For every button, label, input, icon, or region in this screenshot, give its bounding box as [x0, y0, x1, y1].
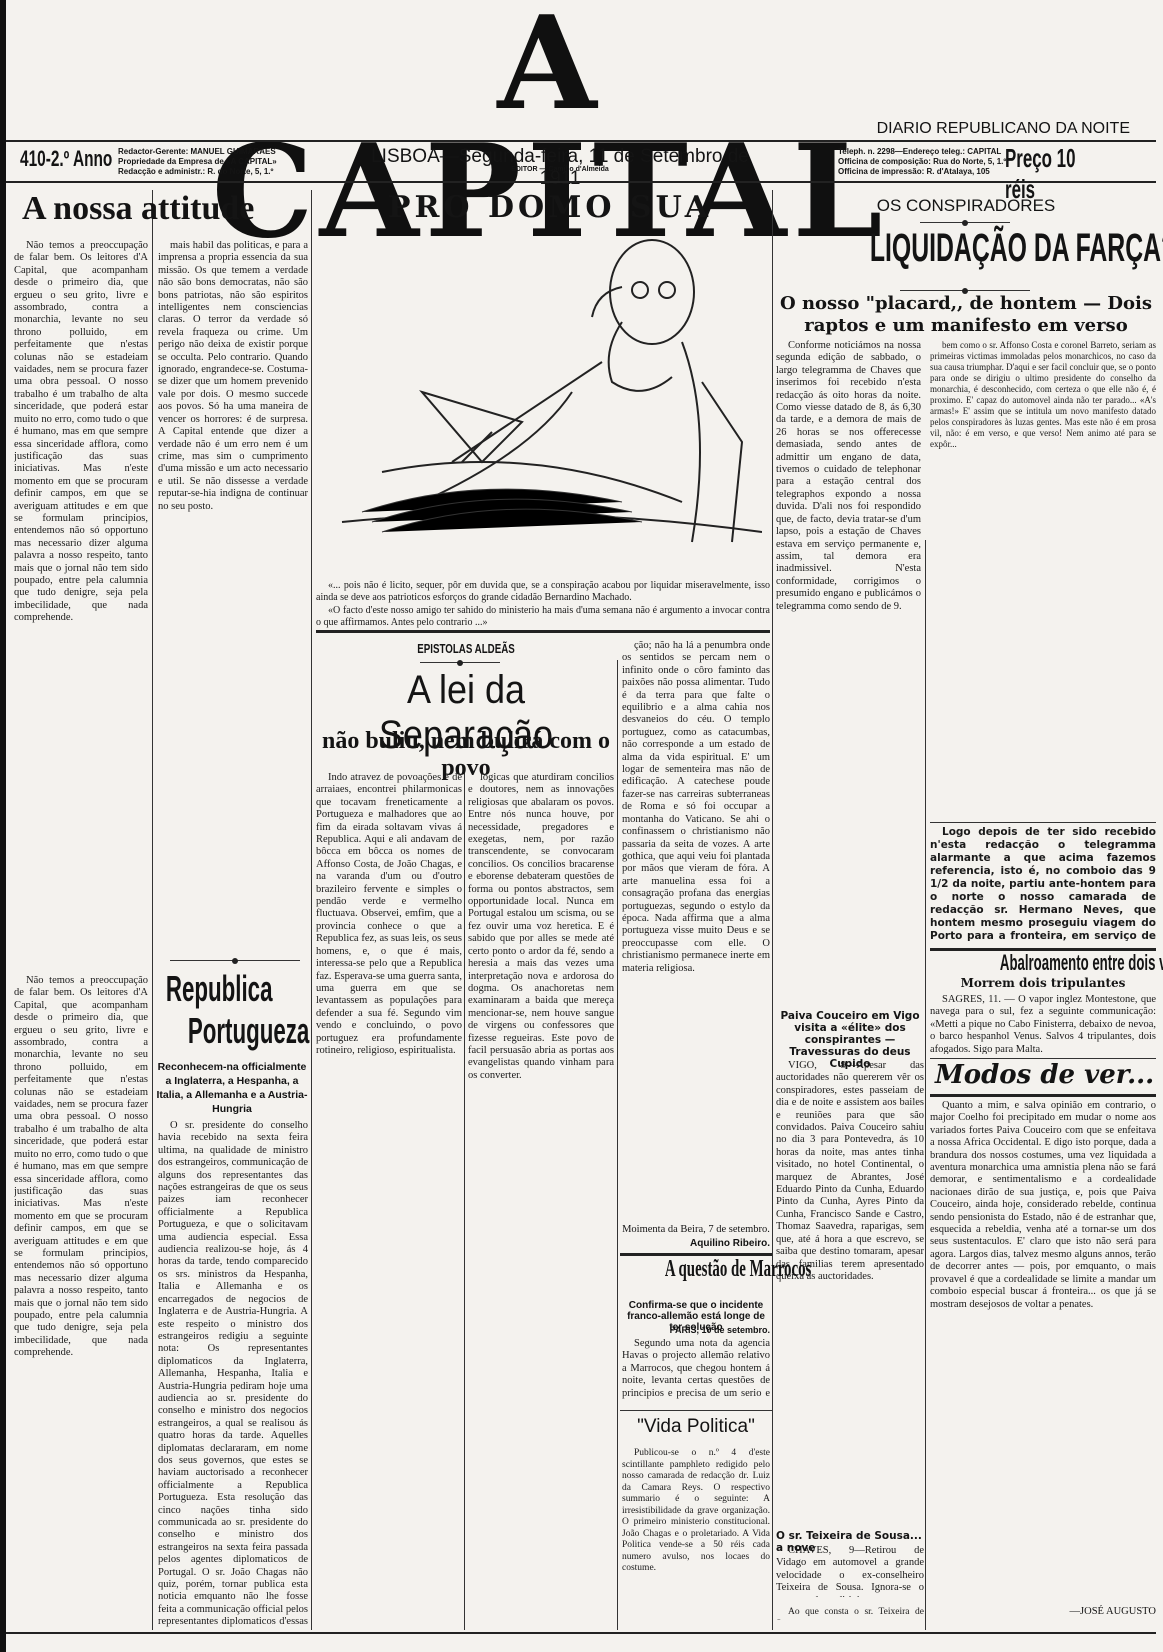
kicker-conspiradores: OS CONSPIRADORES [776, 196, 1156, 216]
subhead-republica: Reconhecem-na officialmente a Inglaterra… [156, 1060, 308, 1116]
headline-abalroamento: Abalroamento entre dois vapores [930, 950, 1156, 976]
article-attitude-col2: mais habil das politicas, e para a impre… [158, 240, 308, 860]
article-attitude-col1-cont: Não temos a preoccupação de falar bem. O… [14, 975, 148, 1630]
issue-number: 410-2.º Anno [20, 146, 112, 172]
article-conspiradores-col1: Conforme noticiámos na nossa segunda edi… [776, 340, 921, 1000]
headline-vida-politica: "Vida Politica" [622, 1416, 770, 1438]
ornament-rule [920, 222, 1010, 223]
article-text: bem como o sr. Affonso Costa e coronel B… [930, 340, 1156, 450]
contact-line: Officina de impressão: R. d'Atalaya, 105 [838, 167, 1006, 177]
column-rule [311, 190, 312, 1630]
column-rule [617, 660, 618, 1630]
headline-republica: Republica Portugueza [154, 968, 310, 1052]
column-rule [925, 540, 926, 1630]
headline-text: LIQUIDAÇÃO DA FARÇA? [870, 226, 1163, 271]
article-text: SAGRES, 11. — O vapor inglez Montestone,… [930, 994, 1156, 1054]
column-rule [464, 770, 465, 1630]
headline-line: Portugueza [188, 1010, 298, 1052]
article-text: Quanto a mim, e salva opinião em contrar… [930, 1100, 1156, 1311]
article-text: mais habil das politicas, e para a impre… [158, 240, 308, 513]
article-text: Ao que consta o sr. Teixeira de Sousa, [776, 1606, 924, 1620]
article-teixeira: CHAVES, 9—Retirou de Vidago em automovel… [776, 1545, 924, 1597]
article-modos-de-ver: Quanto a mim, e salva opinião em contrar… [930, 1100, 1156, 1605]
article-conspiradores-col2: bem como o sr. Affonso Costa e coronel B… [930, 340, 1156, 810]
article-separacao-col3: ção; não ha lá a penumbra onde os sentid… [622, 640, 770, 1220]
caption-line: «... pois não é licito, sequer, pôr em d… [316, 580, 770, 605]
article-text: ção; não ha lá a penumbra onde os sentid… [622, 640, 770, 975]
ornament-rule [420, 662, 500, 663]
ornament-rule [170, 960, 300, 961]
article-text: Indo atravez de povoações e de arraiaes,… [316, 772, 462, 1057]
article-attitude-col1: Não temos a preoccupação de falar bem. O… [14, 240, 148, 970]
contact-line: Teleph. n. 2298—Endereço teleg.: CAPITAL [838, 147, 1006, 157]
subhead-placard: O nosso "placard,, de hontem — Dois rapt… [776, 293, 1156, 337]
page-bottom-rule [6, 1632, 1156, 1634]
article-text: Não temos a preoccupação de falar bem. O… [14, 975, 148, 1360]
article-abalroamento: SAGRES, 11. — O vapor inglez Montestone,… [930, 994, 1156, 1054]
section-rule [930, 1094, 1156, 1097]
modos-signature: —JOSÉ AUGUSTO [930, 1606, 1156, 1617]
article-text: CHAVES, 9—Retirou de Vidago em automovel… [776, 1545, 924, 1597]
caption-line: «O facto d'este nosso amigo ter sahido d… [316, 605, 770, 630]
headline-attitude: A nossa attitude [22, 190, 312, 228]
article-text: logicas que aturdiram concilios e doutor… [468, 772, 614, 1082]
separacao-signature: Aquilino Ribeiro. [622, 1238, 770, 1249]
ornament-rule [900, 290, 1030, 291]
separacao-place: Moimenta da Beira, 7 de setembro. [622, 1224, 770, 1235]
kicker-epistolas: EPISTOLAS ALDEÃS [316, 640, 616, 658]
contact-line: Officina de composição: Rua do Norte, 5,… [838, 157, 1006, 167]
article-teixeira-tail: Ao que consta o sr. Teixeira de Sousa, [776, 1606, 924, 1620]
staff-line: Redactor-Gerente: MANUEL GUIMARAES [118, 147, 277, 157]
headline-pro-domo: PRO DOMO SUA [340, 190, 760, 225]
article-text: Não temos a preoccupação de falar bem. O… [14, 240, 148, 625]
headline-liquidacao: LIQUIDAÇÃO DA FARÇA? [776, 226, 1156, 271]
headline-modos-de-ver: Modos de ver... [935, 1060, 1155, 1090]
article-vida-politica: Publicou-se o n.º 4 d'este scintillante … [622, 1448, 770, 1628]
headline-line: Republica [166, 968, 276, 1010]
section-rule [930, 822, 1156, 823]
column-rule [772, 190, 773, 1630]
article-text: VIGO, 9—Apesar das auctoridades não quer… [776, 1060, 924, 1283]
column-rule [152, 190, 153, 1630]
article-paiva-couceiro: VIGO, 9—Apesar das auctoridades não quer… [776, 1060, 924, 1500]
article-republica: O sr. presidente do conselho havia receb… [158, 1120, 308, 1630]
article-text: Conforme noticiámos na nossa segunda edi… [776, 340, 921, 613]
cartoon-caption: «... pois não é licito, sequer, pôr em d… [316, 580, 770, 630]
masthead-rule-bottom [6, 181, 1156, 183]
page-edge-bar [0, 0, 10, 1652]
subhead-abalroamento: Morrem dois tripulantes [930, 976, 1156, 990]
headline-marrocos: A questão de Marrocos [620, 1256, 772, 1283]
editor-line: EDITOR — Camillo d'Almeida [470, 166, 650, 173]
article-marrocos: Segundo uma nota da agencia Havas o proj… [622, 1338, 770, 1400]
article-separacao-col1: Indo atravez de povoações e de arraiaes,… [316, 772, 462, 1652]
article-logo-depois: Logo depois de ter sido recebido n'esta … [930, 826, 1156, 944]
staff-info: Redactor-Gerente: MANUEL GUIMARAES Propr… [118, 147, 277, 177]
article-text: O sr. presidente do conselho havia receb… [158, 1120, 308, 1630]
contact-info: Teleph. n. 2298—Endereço teleg.: CAPITAL… [838, 147, 1006, 177]
section-rule [620, 1410, 772, 1411]
masthead-tagline: DIARIO REPUBLICANO DA NOITE [860, 120, 1130, 138]
masthead-rule-top [6, 140, 1156, 142]
article-text: Publicou-se o n.º 4 d'este scintillante … [622, 1448, 770, 1575]
article-text: Logo depois de ter sido recebido n'esta … [930, 826, 1156, 944]
section-rule [316, 630, 770, 633]
caricature-illustration [322, 232, 762, 552]
kicker-text: EPISTOLAS ALDEÃS [417, 641, 515, 656]
masthead-title: A CAPITAL [140, 0, 960, 120]
article-text: Segundo uma nota da agencia Havas o proj… [622, 1338, 770, 1400]
article-separacao-col2: logicas que aturdiram concilios e doutor… [468, 772, 614, 1630]
section-rule [930, 1058, 1156, 1059]
staff-line: Redacção e administr.: R. do Norte, 5, 1… [118, 167, 277, 177]
staff-line: Propriedade da Empresa de «A CAPITAL» [118, 157, 277, 167]
marrocos-dateline: PARIS, 10 de setembro. [622, 1325, 770, 1335]
headline-text: Abalroamento entre dois vapores [1000, 950, 1163, 976]
